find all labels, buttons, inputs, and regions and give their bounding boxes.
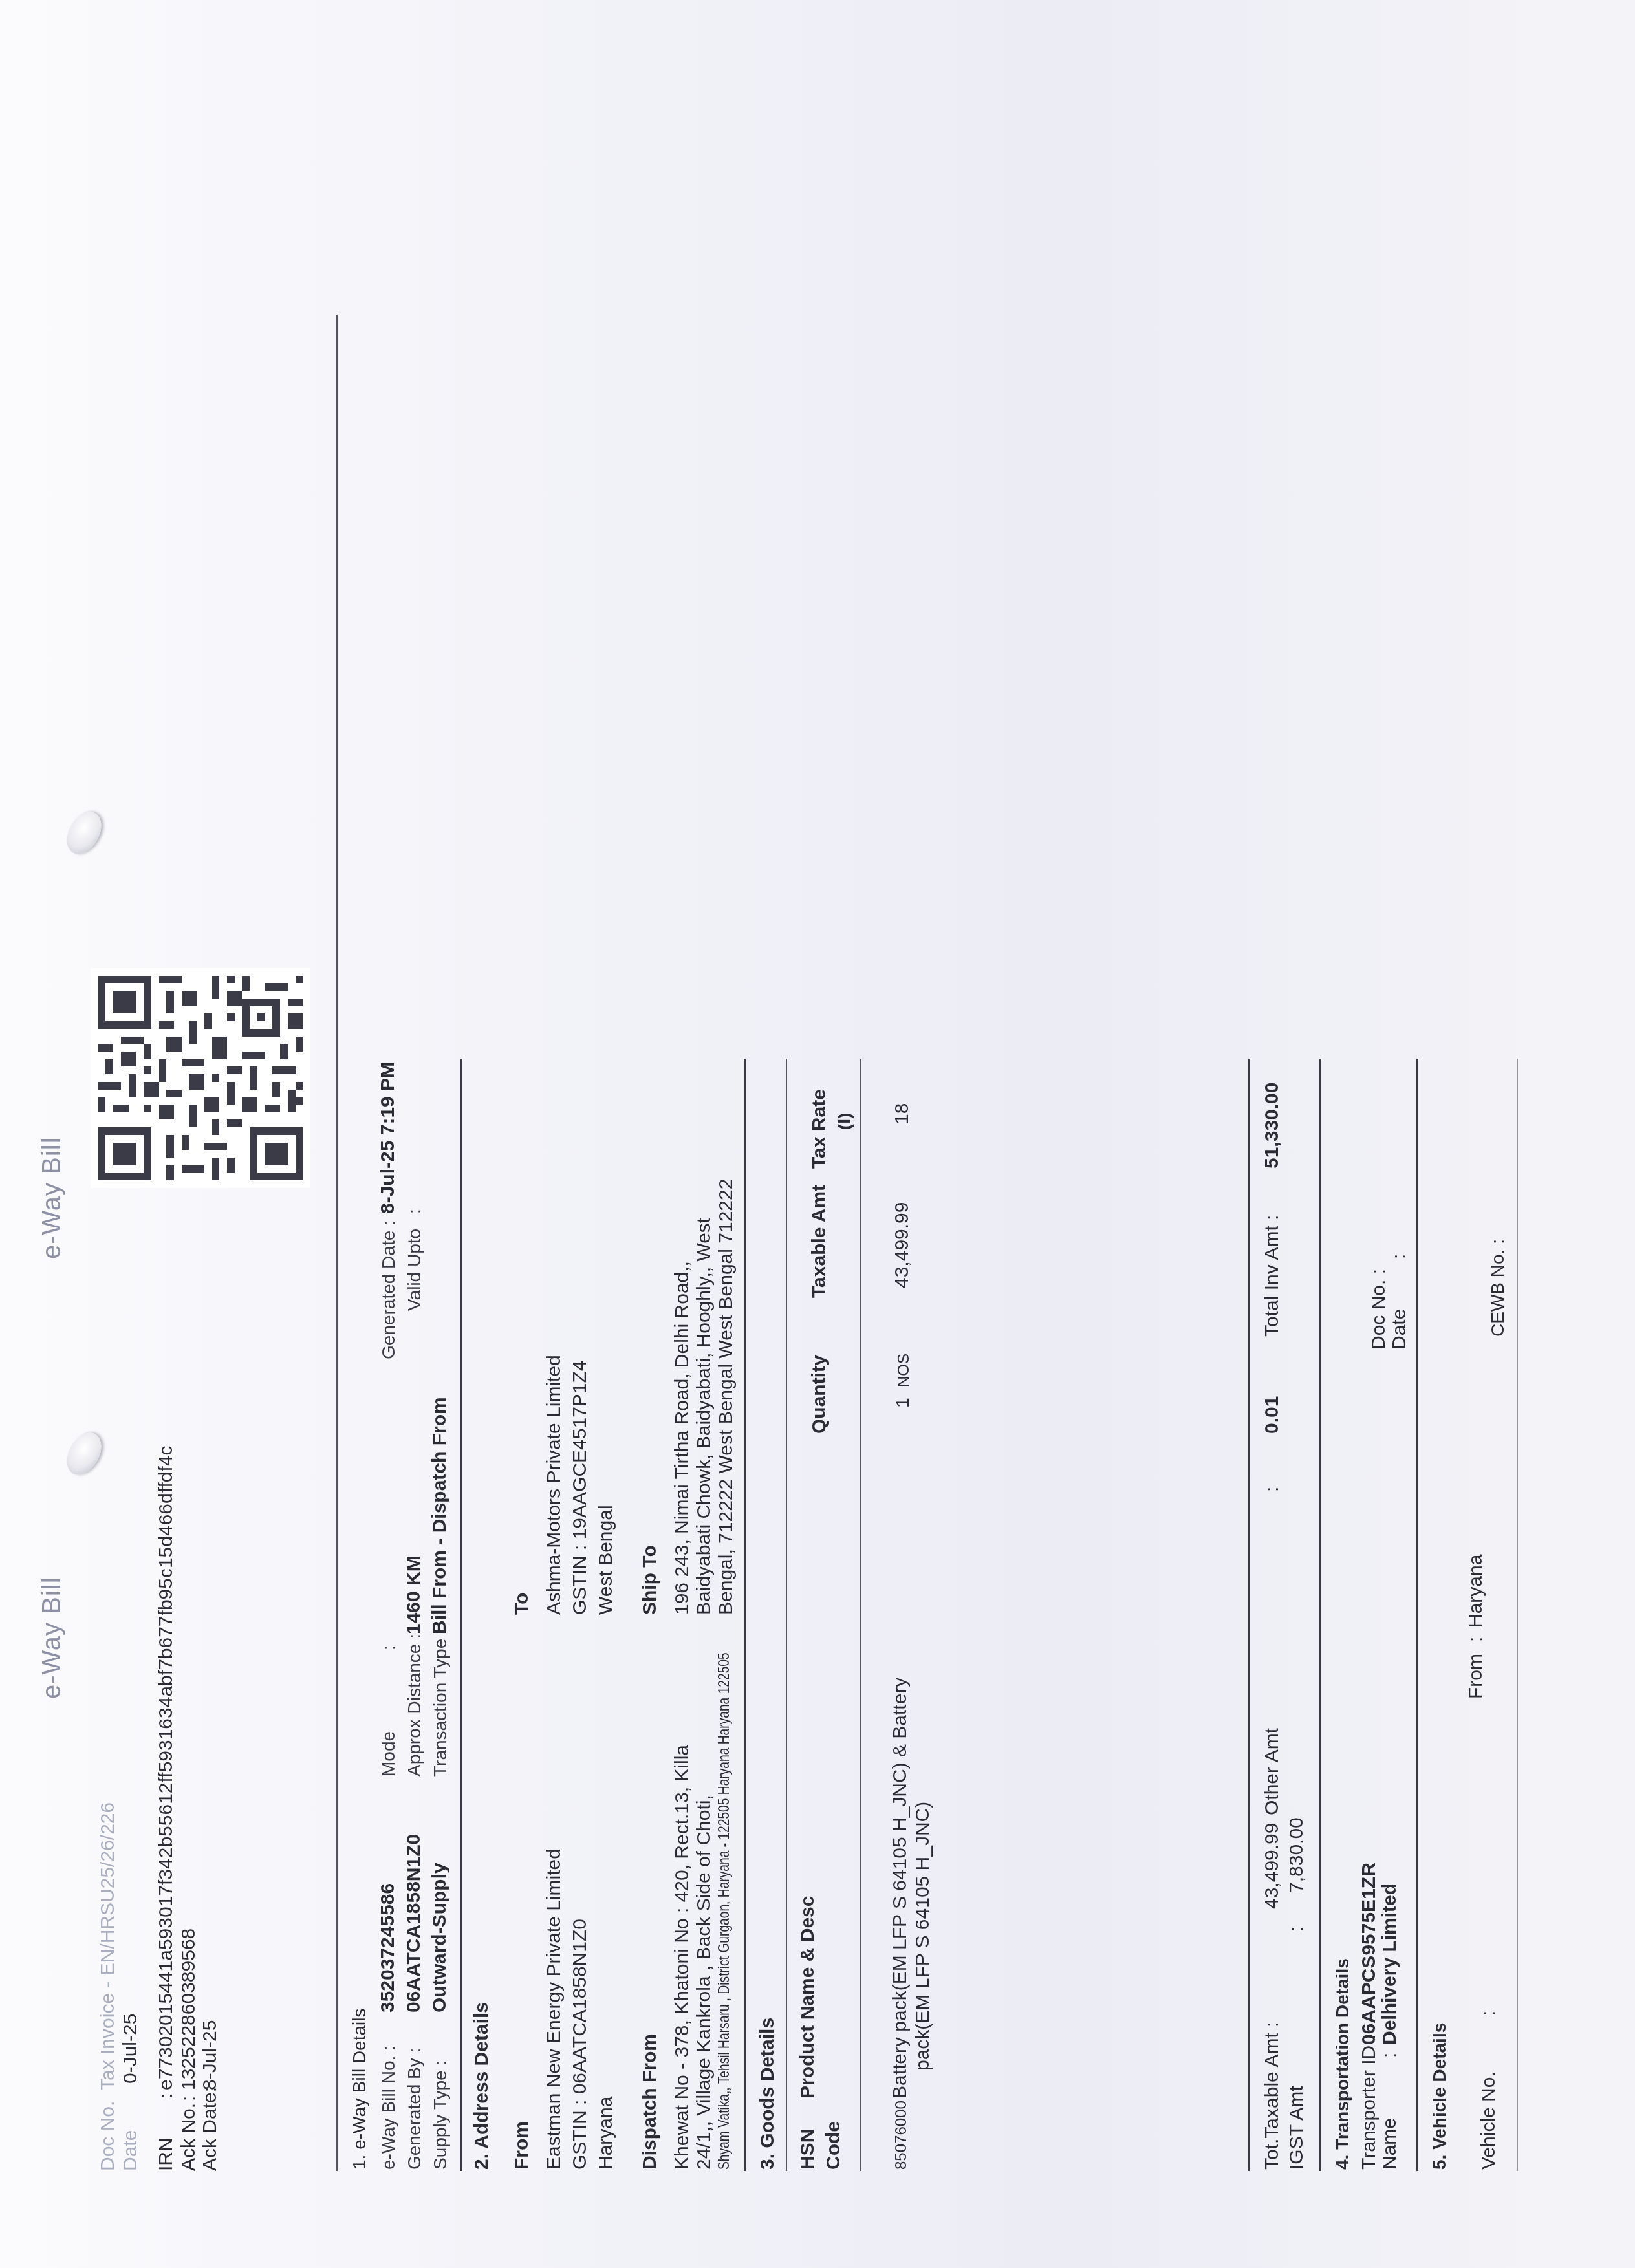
vehicle-no-colon: : [1478,2011,1500,2016]
section2-title: 2. Address Details [471,2002,493,2170]
goods-row-unit: NOS [895,1354,913,1387]
section5-title: 5. Vehicle Details [1429,2023,1450,2170]
igst-label: IGST Amt [1286,2086,1308,2170]
section1-title: 1. e-Way Bill Details [349,2009,370,2170]
dispatch-from-heading: Dispatch From [639,2034,661,2170]
col-taxrate-2: (I) [834,1113,855,1130]
goods-table-top-rule [786,1059,787,2171]
col-quantity: Quantity [808,1355,830,1434]
igst-colon: : [1286,1927,1308,1932]
eway-bill-sheet: e-Way Bill e-Way Bill Doc No. Tax Invoic… [0,0,1635,2268]
transaction-type-label: Transaction Type : [430,1628,451,1777]
goods-row-taxrate: 18 [891,1103,913,1125]
qr-code [91,968,310,1188]
tot-taxable: 43,499.99 [1261,1823,1283,1909]
transport-date-label: Date [1389,1309,1411,1350]
generated-date-label: Generated Date : [378,1220,399,1359]
transporter-name-colon: : [1379,2053,1401,2058]
goods-row-quantity: 1 [893,1398,913,1408]
from-heading: From [511,2121,533,2170]
total-inv: 51,330.00 [1261,1083,1283,1169]
vehicle-from-colon: : [1465,1637,1487,1642]
generated-by: 06AATCA1858N1Z0 [403,1834,425,2013]
divider-top [336,315,338,2171]
transporter-name-label: Name [1379,2118,1401,2170]
eway-bill-no-label: e-Way Bill No. : [378,2046,399,2170]
transaction-type: Bill From - Dispatch From [429,1397,451,1634]
dispatch-from-line3: Shyam Vatika,, Tehsil Harsaru , District… [715,1523,733,2170]
header-title-right: e-Way Bill [38,1137,67,1259]
irn-colon: : [155,2093,177,2099]
eway-bill-no: 352037245586 [377,1883,399,2013]
ack-date-value: 8-Jul-25 [199,2020,221,2090]
ship-to-line1: 196 243, Nimai Tirtha Road, Delhi Road,, [671,1261,693,1615]
col-hsn-2: Code [823,2121,845,2170]
section4-bottom-rule [1416,1059,1418,2171]
valid-upto-colon: : [404,1209,425,1214]
col-product: Product Name & Desc [797,1896,819,2099]
from-gstin: GSTIN : 06AATCA1858N1Z0 [569,1919,591,2170]
to-heading: To [511,1593,533,1615]
tot-taxable-label: Tot.Taxable Amt : [1261,2022,1283,2170]
doc-date-label: Date [120,2130,142,2171]
transporter-id-label: Transporter ID : [1358,2035,1380,2170]
doc-no-value: Tax Invoice - EN/HRSU25/26/226 [97,1802,119,2090]
vehicle-from-label: From [1465,1654,1487,1699]
transporter-id: 06AAPCS9575E1ZR [1358,1863,1380,2045]
cewb-no-label: CEWB No. : [1488,1239,1508,1337]
totals-bottom-rule [1319,1059,1321,2171]
transport-doc-no-label: Doc No. : [1368,1269,1390,1350]
approx-distance: 1460 KM [403,1555,425,1634]
generated-date: 8-Jul-25 7:19 PM [377,1062,399,1214]
from-name: Eastman New Energy Private Limited [543,1848,565,2170]
igst: 7,830.00 [1286,1817,1308,1893]
divider-section2 [460,1059,462,2171]
total-inv-label: Total Inv Amt : [1261,1215,1283,1337]
transporter-name: Delhivery Limited [1379,1883,1401,2045]
transport-date-colon: : [1389,1254,1411,1259]
col-taxrate-1: Tax Rate [808,1089,830,1169]
generated-by-label: Generated By : [404,2048,425,2170]
doc-no-label: Doc No. [97,2101,119,2171]
header-title-left: e-Way Bill [38,1577,67,1699]
ship-to-line3: Bengal, 712222 West Bengal West Bengal 7… [715,1179,737,1615]
valid-upto-label: Valid Upto [404,1229,425,1311]
goods-row-hsn: 85076000 [893,2101,911,2170]
vehicle-no-label: Vehicle No. [1478,2071,1500,2170]
ack-no-value: 132522860389568 [178,1928,200,2090]
to-name: Ashma-Motors Private Limited [543,1355,565,1615]
divider-section3 [744,1059,746,2171]
supply-type: Outward-Supply [429,1863,451,2013]
goods-row-taxable: 43,499.99 [891,1202,913,1288]
col-taxable: Taxable Amt [808,1185,830,1298]
mode-colon: : [378,1645,399,1650]
section5-bottom-rule [1517,1059,1518,2171]
goods-table-header-rule [860,1059,861,2171]
irn-label: IRN [155,2137,177,2171]
other-amt-colon: : [1261,1487,1283,1492]
to-gstin: GSTIN : 19AAGCE4517P1Z4 [569,1360,591,1615]
ship-to-heading: Ship To [639,1545,661,1615]
col-hsn-1: HSN [797,2129,819,2170]
ship-to-line2: Baidyabati Chowk, Baidyabati, Hooghly,, … [693,1218,715,1615]
dispatch-from-line1: Khewat No - 378, Khatoni No : 420, Rect.… [671,1745,693,2170]
other-amt-label: Other Amt [1261,1728,1283,1815]
approx-distance-label: Approx Distance : [404,1634,425,1777]
section3-title: 3. Goods Details [757,2018,779,2170]
to-state: West Bengal [595,1505,617,1615]
totals-top-rule [1248,1059,1250,2171]
mode-label: Mode [378,1731,399,1777]
goods-row-product-line2: pack(EM LFP S 64105 H_JNC) [912,1802,934,2071]
vehicle-from-value: Haryana [1465,1555,1487,1628]
ack-no-label: Ack No. [178,2103,200,2171]
section4-title: 4. Transportation Details [1332,1958,1353,2170]
other-amt: 0.01 [1261,1396,1283,1434]
ack-date-label: Ack Date: [199,2087,221,2171]
dispatch-from-line2: 24/1,, Village Kankrola , Back Side of C… [693,1795,715,2170]
ack-no-colon: : [178,2096,200,2101]
irn-value: e77302015441a593017f342b55612ff5931634ab… [155,1445,177,2090]
doc-date-value: 0-Jul-25 [120,2014,142,2084]
goods-row-product-line1: Battery pack(EM LFP S 64105 H_JNC) & Bat… [889,1678,911,2099]
from-state: Haryana [595,2097,617,2170]
supply-type-label: Supply Type : [430,2060,451,2170]
